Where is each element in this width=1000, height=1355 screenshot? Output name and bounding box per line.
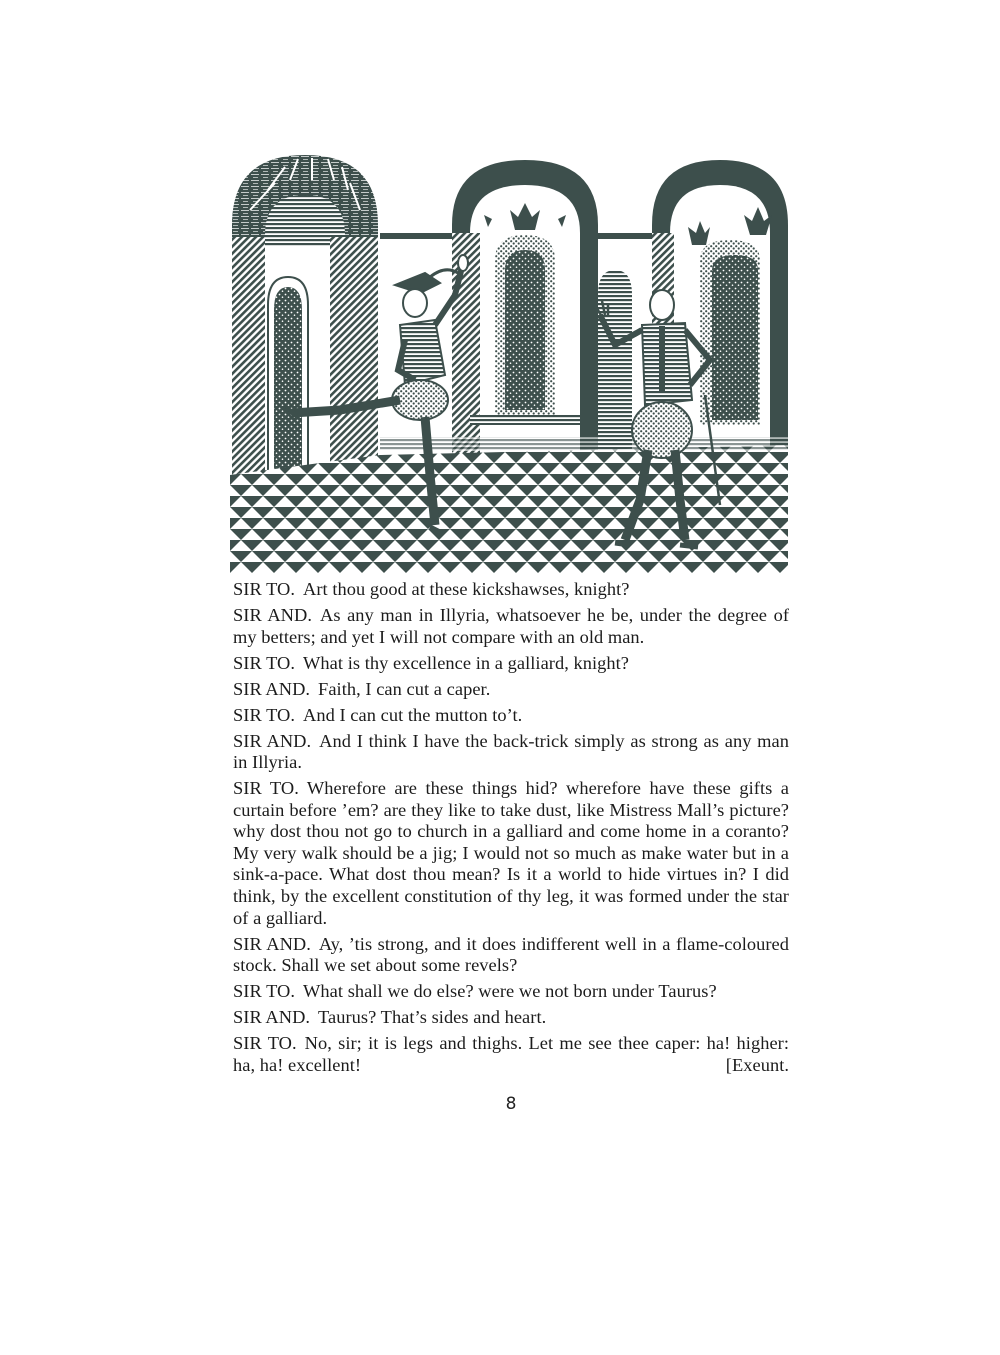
speaker-label: SIR TO. bbox=[233, 1033, 297, 1053]
speech-text: No, sir; it is legs and thighs. Let me s… bbox=[233, 1033, 789, 1075]
speech-text: Faith, I can cut a caper. bbox=[318, 679, 490, 699]
speaker-label: SIR TO. bbox=[233, 778, 299, 798]
speech: SIR TO.And I can cut the mutton to’t. bbox=[233, 705, 789, 727]
speaker-label: SIR AND. bbox=[233, 731, 311, 751]
speech: SIR AND.And I think I have the back-tric… bbox=[233, 731, 789, 774]
speaker-label: SIR TO. bbox=[233, 653, 295, 673]
woodcut-illustration bbox=[230, 155, 788, 573]
speech-text: What shall we do else? were we not born … bbox=[303, 981, 717, 1001]
speaker-label: SIR TO. bbox=[233, 981, 295, 1001]
dialogue-text: SIR TO.Art thou good at these kickshawse… bbox=[233, 579, 789, 1081]
page-number: 8 bbox=[0, 1094, 1000, 1114]
speaker-label: SIR TO. bbox=[233, 579, 295, 599]
speech: SIR AND.Faith, I can cut a caper. bbox=[233, 679, 789, 701]
speaker-label: SIR AND. bbox=[233, 934, 311, 954]
speech: SIR TO.Art thou good at these kickshawse… bbox=[233, 579, 789, 601]
stage-direction: [Exeunt. bbox=[726, 1055, 789, 1077]
speech: SIR AND.Ay, ’tis strong, and it does ind… bbox=[233, 934, 789, 977]
speech: SIR TO.No, sir; it is legs and thighs. L… bbox=[233, 1033, 789, 1076]
speech-text: Taurus? That’s sides and heart. bbox=[318, 1007, 546, 1027]
speaker-label: SIR AND. bbox=[233, 1007, 310, 1027]
speech-text: What is thy excellence in a galliard, kn… bbox=[303, 653, 629, 673]
speech-text: As any man in Illyria, whatsoever he be,… bbox=[233, 605, 789, 647]
speaker-label: SIR TO. bbox=[233, 705, 295, 725]
speech-text: Ay, ’tis strong, and it does indifferent… bbox=[233, 934, 789, 976]
speaker-label: SIR AND. bbox=[233, 605, 312, 625]
speech-text: And I think I have the back-trick simply… bbox=[233, 731, 789, 773]
speech-text: And I can cut the mutton to’t. bbox=[303, 705, 522, 725]
speech: SIR AND.Taurus? That’s sides and heart. bbox=[233, 1007, 789, 1029]
speech-text: Art thou good at these kickshawses, knig… bbox=[303, 579, 629, 599]
woodcut-svg bbox=[230, 155, 788, 573]
speech-text: Wherefore are these things hid? wherefor… bbox=[233, 778, 789, 928]
speech: SIR TO.Wherefore are these things hid? w… bbox=[233, 778, 789, 929]
speech: SIR AND.As any man in Illyria, whatsoeve… bbox=[233, 605, 789, 648]
speaker-label: SIR AND. bbox=[233, 679, 310, 699]
speech: SIR TO.What shall we do else? were we no… bbox=[233, 981, 789, 1003]
speech: SIR TO.What is thy excellence in a galli… bbox=[233, 653, 789, 675]
book-page: SIR TO.Art thou good at these kickshawse… bbox=[0, 0, 1000, 1355]
